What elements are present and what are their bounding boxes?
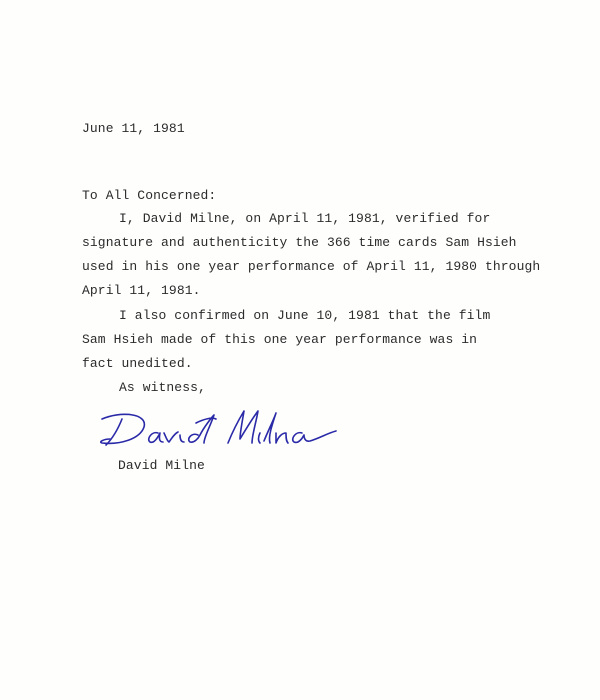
letter-page: June 11, 1981 To All Concerned: I, David…: [0, 0, 600, 700]
paragraph-line: used in his one year performance of Apri…: [82, 259, 540, 275]
paragraph-line: Sam Hsieh made of this one year performa…: [82, 332, 477, 348]
handwritten-signature: [100, 405, 340, 455]
letter-date: June 11, 1981: [82, 121, 185, 137]
paragraph-line: signature and authenticity the 366 time …: [82, 235, 517, 251]
paragraph-line: I, David Milne, on April 11, 1981, verif…: [119, 211, 490, 227]
closing: As witness,: [119, 380, 206, 396]
paragraph-line: April 11, 1981.: [82, 283, 201, 299]
paragraph-line: fact unedited.: [82, 356, 193, 372]
salutation: To All Concerned:: [82, 188, 216, 204]
paragraph-line: I also confirmed on June 10, 1981 that t…: [119, 308, 490, 324]
typed-signature-name: David Milne: [118, 458, 205, 474]
